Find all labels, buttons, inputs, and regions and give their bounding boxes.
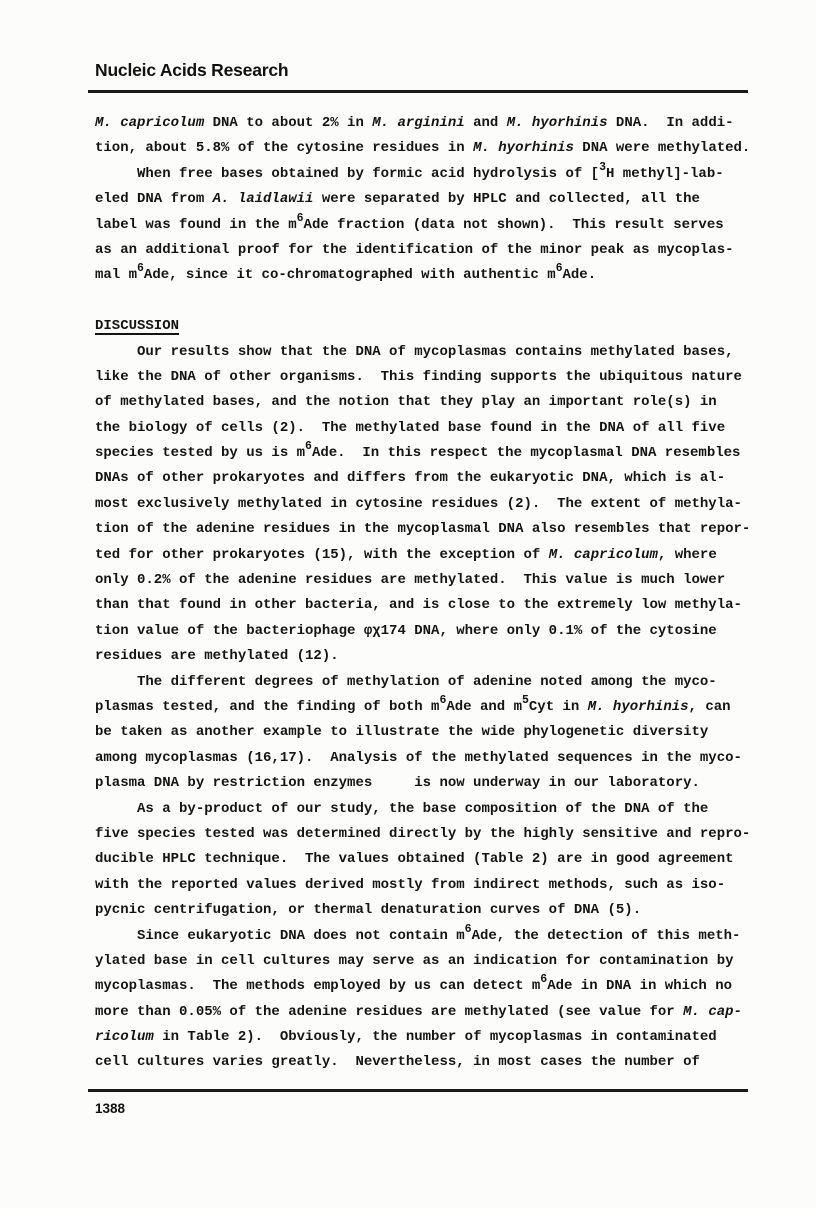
text-line: ted for other prokaryotes (15), with the… [95,543,776,568]
page-footer: 1388 [95,1101,816,1116]
text-run: species tested by us is m [95,445,305,461]
header-rule [88,90,748,93]
text-line: of methylated bases, and the notion that… [95,390,776,415]
text-run: than that found in other bacteria, and i… [95,597,742,613]
text-line [95,289,776,314]
page-header: Nucleic Acids Research [95,0,748,81]
species-name: ricolum [95,1029,154,1045]
text-line: with the reported values derived mostly … [95,873,776,898]
text-line: more than 0.05% of the adenine residues … [95,1000,776,1025]
text-run: Our results show that the DNA of mycopla… [95,344,734,360]
species-name: M. arginini [372,115,464,131]
footer-rule [88,1089,748,1092]
text-run: DNA to about 2% in [204,115,372,131]
superscript: 6 [305,440,312,453]
text-run: plasmas tested, and the finding of both … [95,699,439,715]
text-line: residues are methylated (12). [95,644,776,669]
superscript: 6 [137,262,144,275]
superscript: 5 [522,694,529,707]
text-run: Ade and m [446,699,522,715]
text-run: and [465,115,507,131]
text-run: most exclusively methylated in cytosine … [95,496,742,512]
text-run: be taken as another example to illustrat… [95,724,708,740]
text-line: Since eukaryotic DNA does not contain m6… [95,924,776,949]
text-run: ducible HPLC technique. The values obtai… [95,851,734,867]
superscript: 3 [599,161,606,174]
text-run: among mycoplasmas (16,17). Analysis of t… [95,750,742,766]
text-run: mal m [95,267,137,283]
text-run: ylated base in cell cultures may serve a… [95,953,734,969]
page-number: 1388 [95,1101,816,1116]
text-line: mal m6Ade, since it co-chromatographed w… [95,263,776,288]
text-run: Ade, the detection of this meth- [472,928,741,944]
text-run: Since eukaryotic DNA does not contain m [95,928,465,944]
species-name: M. hyorhinis [473,140,574,156]
text-run: label was found in the m [95,217,297,233]
text-run: Ade. In this respect the mycoplasmal DNA… [312,445,740,461]
journal-title: Nucleic Acids Research [95,60,748,81]
text-line: ylated base in cell cultures may serve a… [95,949,776,974]
text-run: mycoplasmas. The methods employed by us … [95,978,540,994]
species-name: A. laidlawii [213,191,314,207]
text-run: The different degrees of methylation of … [95,674,717,690]
text-run: Ade in DNA in which no [547,978,732,994]
text-line: mycoplasmas. The methods employed by us … [95,974,776,999]
text-line: tion, about 5.8% of the cytosine residue… [95,136,776,161]
text-run: Ade fraction (data not shown). This resu… [304,217,724,233]
text-run: DNA. In addi- [608,115,734,131]
text-line: be taken as another example to illustrat… [95,720,776,745]
text-run: were separated by HPLC and collected, al… [313,191,699,207]
superscript: 6 [439,694,446,707]
text-line: ducible HPLC technique. The values obtai… [95,847,776,872]
superscript: 6 [540,973,547,986]
text-run: When free bases obtained by formic acid … [95,166,599,182]
species-name: M. cap- [683,1004,742,1020]
text-run: in Table 2). Obviously, the number of my… [154,1029,717,1045]
text-run: tion, about 5.8% of the cytosine residue… [95,140,473,156]
text-run: more than 0.05% of the adenine residues … [95,1004,683,1020]
text-run: DNAs of other prokaryotes and differs fr… [95,470,725,486]
text-line: pycnic centrifugation, or thermal denatu… [95,898,776,923]
text-run: Cyt in [529,699,588,715]
text-line: like the DNA of other organisms. This fi… [95,365,776,390]
text-run: As a by-product of our study, the base c… [95,801,708,817]
text-line: plasma DNA by restriction enzymes is now… [95,771,776,796]
text-line: ricolum in Table 2). Obviously, the numb… [95,1025,776,1050]
text-run: Ade. [563,267,597,283]
text-run: eled DNA from [95,191,213,207]
text-run: , can [689,699,731,715]
text-run: residues are methylated (12). [95,648,339,664]
text-line: the biology of cells (2). The methylated… [95,416,776,441]
text-run: as an additional proof for the identific… [95,242,734,258]
text-line: M. capricolum DNA to about 2% in M. argi… [95,111,776,136]
text-run: H methyl]-lab- [606,166,724,182]
text-run: , where [658,547,717,563]
text-run: pycnic centrifugation, or thermal denatu… [95,902,641,918]
text-run: tion value of the bacteriophage φχ174 DN… [95,623,717,639]
text-run: the biology of cells (2). The methylated… [95,420,725,436]
text-line: tion value of the bacteriophage φχ174 DN… [95,619,776,644]
text-line: Our results show that the DNA of mycopla… [95,340,776,365]
text-run: tion of the adenine residues in the myco… [95,521,750,537]
species-name: M. capricolum [549,547,658,563]
text-run: Ade, since it co-chromatographed with au… [144,267,556,283]
text-line: DISCUSSION [95,314,776,339]
text-line: species tested by us is m6Ade. In this r… [95,441,776,466]
species-name: M. hyorhinis [507,115,608,131]
text-line: When free bases obtained by formic acid … [95,162,776,187]
species-name: M. capricolum [95,115,204,131]
text-line: label was found in the m6Ade fraction (d… [95,213,776,238]
text-line: among mycoplasmas (16,17). Analysis of t… [95,746,776,771]
text-line: as an additional proof for the identific… [95,238,776,263]
text-run: DNA were methylated. [574,140,750,156]
species-name: M. hyorhinis [588,699,689,715]
text-run: ted for other prokaryotes (15), with the… [95,547,549,563]
text-line: five species tested was determined direc… [95,822,776,847]
text-line: only 0.2% of the adenine residues are me… [95,568,776,593]
text-line: tion of the adenine residues in the myco… [95,517,776,542]
text-line: than that found in other bacteria, and i… [95,593,776,618]
text-line: DNAs of other prokaryotes and differs fr… [95,466,776,491]
text-run: of methylated bases, and the notion that… [95,394,717,410]
text-line: eled DNA from A. laidlawii were separate… [95,187,776,212]
text-run: plasma DNA by restriction enzymes is now… [95,775,700,791]
superscript: 6 [556,262,563,275]
text-run: cell cultures varies greatly. Neverthele… [95,1054,700,1070]
text-run: five species tested was determined direc… [95,826,750,842]
text-run: only 0.2% of the adenine residues are me… [95,572,725,588]
text-line: most exclusively methylated in cytosine … [95,492,776,517]
article-text: M. capricolum DNA to about 2% in M. argi… [95,111,776,1076]
text-run: like the DNA of other organisms. This fi… [95,369,742,385]
superscript: 6 [465,923,472,936]
text-run: with the reported values derived mostly … [95,877,725,893]
text-line: cell cultures varies greatly. Neverthele… [95,1050,776,1075]
superscript: 6 [297,212,304,225]
text-line: As a by-product of our study, the base c… [95,797,776,822]
text-line: The different degrees of methylation of … [95,670,776,695]
journal-page: Nucleic Acids Research M. capricolum DNA… [0,0,816,1208]
section-heading: DISCUSSION [95,318,179,334]
text-line: plasmas tested, and the finding of both … [95,695,776,720]
